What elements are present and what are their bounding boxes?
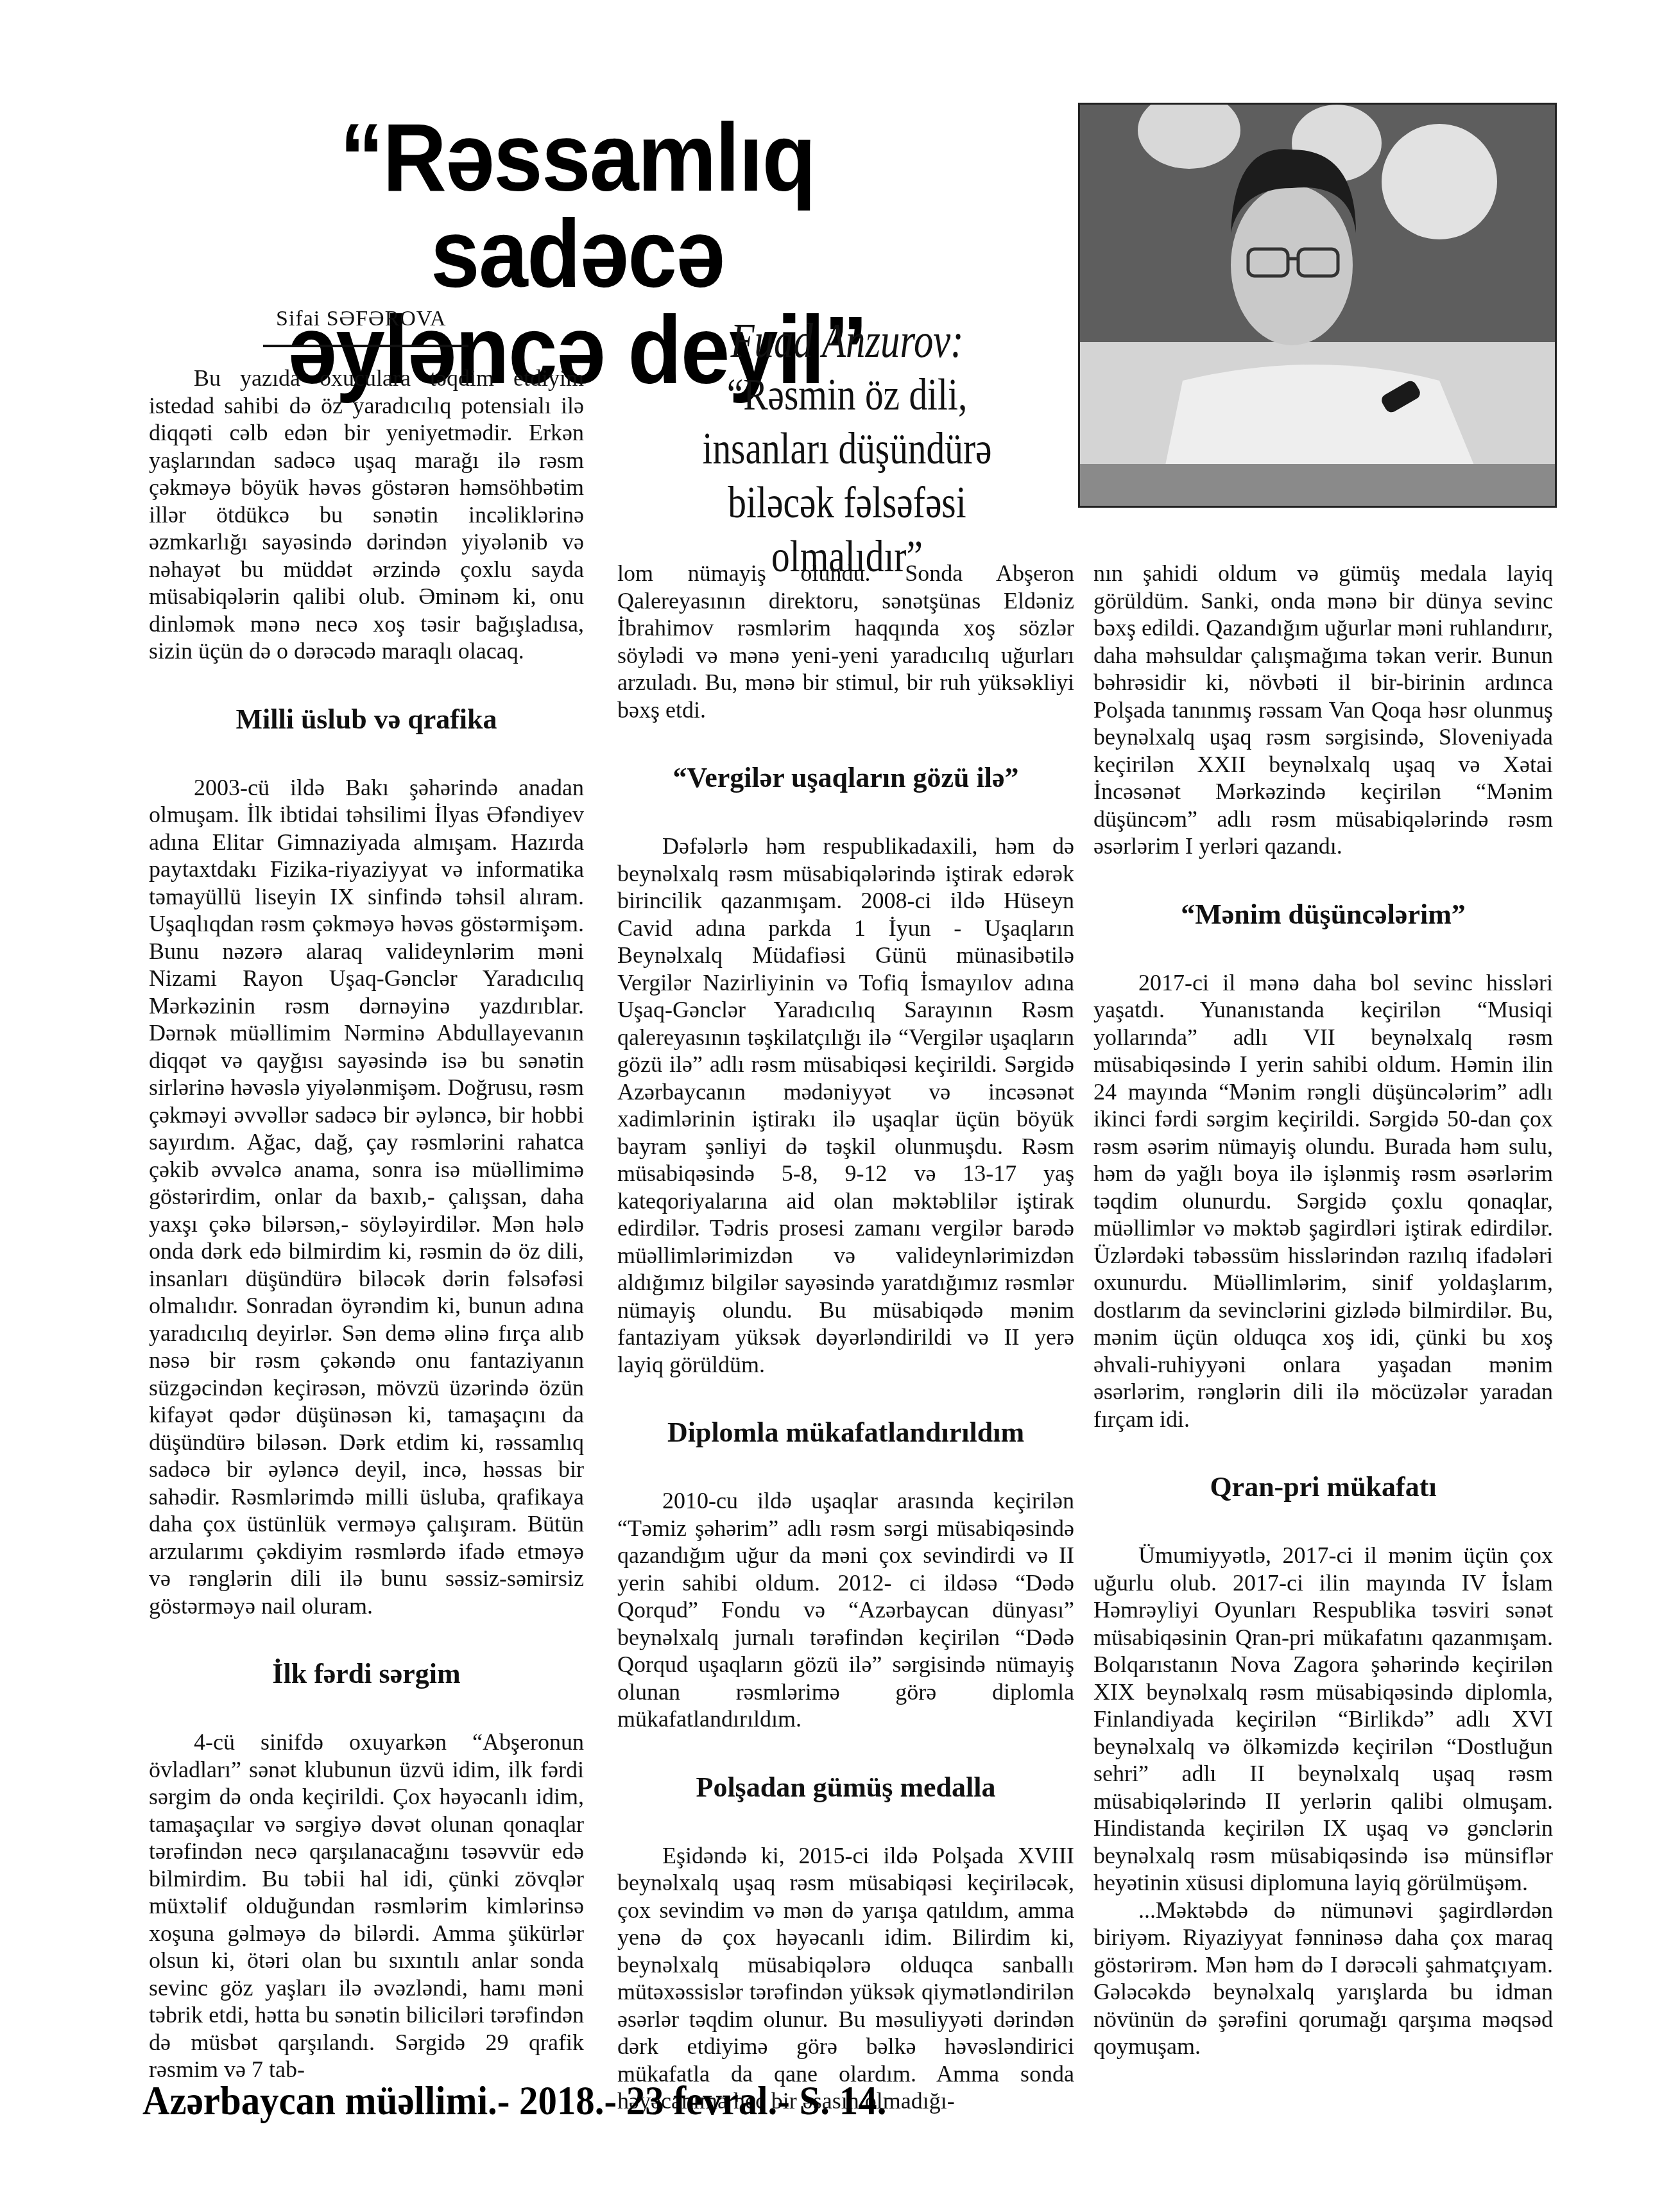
body-paragraph: 2017-ci il mənə daha bol sevinc hissləri… — [1093, 969, 1553, 1433]
body-paragraph: ...Məktəbdə də nümunəvi şagirdlərdən bir… — [1093, 1897, 1553, 2060]
author-byline: Sifai SƏFƏROVA — [276, 307, 447, 331]
column-right: nın şahidi oldum və gümüş medala layiq g… — [1093, 560, 1553, 2060]
section-heading-menim-dusunculerim: “Mənim düşüncələrim” — [1093, 899, 1553, 931]
subtitle-quote: “Rəsmin öz dili, insanları düşündürə bil… — [679, 368, 1016, 584]
body-paragraph: Eşidəndə ki, 2015-ci ildə Polşada XVIII … — [617, 1842, 1074, 2115]
subtitle-author: Fuad Anzurov: — [683, 313, 1011, 368]
column-left: Bu yazıda oxuculara təqdim etdiyim isted… — [149, 365, 584, 2083]
newspaper-page: “Rəssamlıq sadəcə əyləncə deyil” Sifai S… — [0, 0, 1680, 2190]
body-paragraph-continued: nın şahidi oldum və gümüş medala layiq g… — [1093, 560, 1553, 860]
section-heading-polsadan: Polşadan gümüş medalla — [617, 1772, 1074, 1804]
body-paragraph: 2010-cu ildə uşaqlar arasında keçirilən … — [617, 1487, 1074, 1733]
body-paragraph: 4-cü sinifdə oxuyarkən “Abşeronun övladl… — [149, 1729, 584, 2083]
body-paragraph: Dəfələrlə həm respublikadaxili, həm də b… — [617, 832, 1074, 1378]
byline-underline — [263, 345, 468, 347]
photo-illustration-icon — [1080, 105, 1555, 506]
section-heading-vergiler: “Vergilər uşaqların gözü ilə” — [617, 762, 1074, 794]
portrait-photo — [1078, 103, 1557, 508]
source-citation: Azərbaycan müəllimi.- 2018.- 23 fevral.-… — [142, 2078, 886, 2123]
section-heading-ilk-ferdi-sergim: İlk fərdi sərgim — [149, 1658, 584, 1690]
section-heading-qran-pri: Qran-pri mükafatı — [1093, 1471, 1553, 1503]
body-paragraph-continued: lom nümayiş olundu. Sonda Abşeron Qalere… — [617, 560, 1074, 723]
section-heading-diplomla: Diplomla mükafatlandırıldım — [617, 1417, 1074, 1449]
body-paragraph: 2003-cü ildə Bakı şəhərində anadan olmuş… — [149, 774, 584, 1620]
title-line-1: “Rəssamlıq sadəcə — [205, 109, 949, 302]
intro-paragraph: Bu yazıda oxuculara təqdim etdiyim isted… — [149, 365, 584, 665]
column-middle: lom nümayiş olundu. Sonda Abşeron Qalere… — [617, 560, 1074, 2115]
section-heading-milli-uslub: Milli üslub və qrafika — [149, 703, 584, 736]
body-paragraph: Ümumiyyətlə, 2017-ci il mənim üçün çox u… — [1093, 1542, 1553, 1897]
article-subtitle: Fuad Anzurov: “Rəsmin öz dili, insanları… — [642, 313, 1052, 584]
